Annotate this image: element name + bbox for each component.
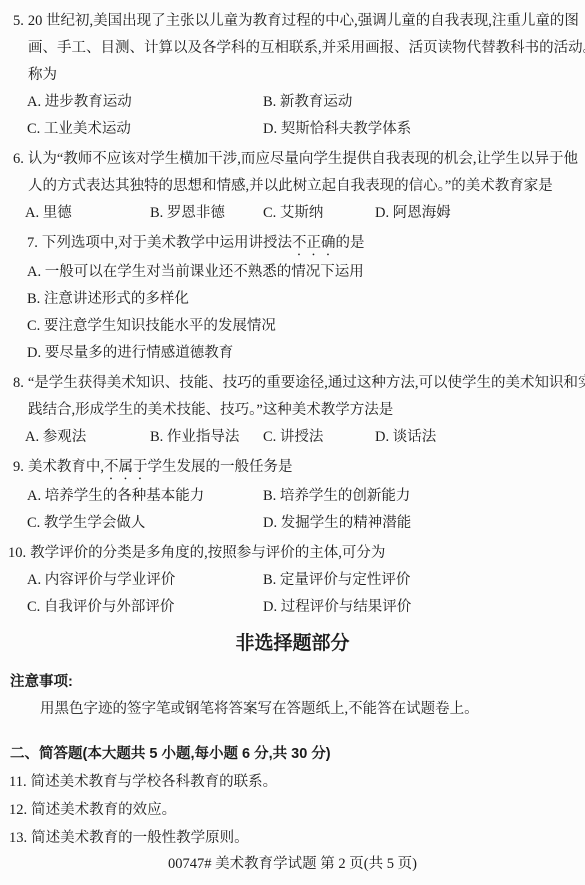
option-c: C. 工业美术运动	[27, 116, 263, 143]
page-footer: 00747# 美术教育学试题 第 2 页(共 5 页)	[0, 854, 585, 874]
question-10: 10.教学评价的分类是多角度的,按照参与评价的主体,可分为 A. 内容评价与学业…	[0, 540, 585, 621]
notice-text: 用黑色字迹的签字笔或钢笔将答案写在答题纸上,不能答在试题卷上。	[0, 696, 585, 723]
part2-heading: 二、简答题(本大题共 5 小题,每小题 6 分,共 30 分)	[0, 741, 585, 768]
option-b: B. 注意讲述形式的多样化	[0, 286, 585, 313]
question-5-stem-line-3: 称为	[0, 62, 585, 89]
question-10-options-row-1: A. 内容评价与学业评价 B. 定量评价与定性评价	[0, 567, 585, 594]
question-13: 13.简述美术教育的一般性教学原则。	[0, 824, 585, 852]
stem-text: 教学评价的分类是多角度的,按照参与评价的主体,可分为	[30, 545, 385, 561]
question-number: 5.	[13, 13, 28, 29]
question-text: 简述美术教育与学校各科教育的联系。	[31, 774, 278, 790]
option-b: B. 作业指导法	[150, 424, 263, 451]
question-5-options-row-1: A. 进步教育运动 B. 新教育运动	[0, 89, 585, 116]
question-7-stem: 7.下列选项中,对于美术教学中运用讲授法不正确的是	[0, 230, 585, 259]
question-text: 简述美术教育的效应。	[31, 802, 176, 818]
question-10-options-row-2: C. 自我评价与外部评价 D. 过程评价与结果评价	[0, 594, 585, 621]
question-number: 8.	[13, 375, 28, 391]
question-9-options-row-1: A. 培养学生的各种基本能力 B. 培养学生的创新能力	[0, 483, 585, 510]
option-c: C. 要注意学生知识技能水平的发展情况	[0, 313, 585, 340]
option-d: D. 发掘学生的精神潜能	[263, 510, 411, 537]
exam-paper-page: 5.20 世纪初,美国出现了主张以儿童为教育过程的中心,强调儿童的自我表现,注重…	[0, 0, 585, 885]
option-a: A. 一般可以在学生对当前课业还不熟悉的情况下运用	[0, 259, 585, 286]
option-b: B. 罗恩非德	[150, 200, 263, 227]
option-b: B. 新教育运动	[263, 89, 352, 116]
question-8: 8.“是学生获得美术知识、技能、技巧的重要途径,通过这种方法,可以使学生的美术知…	[0, 370, 585, 451]
option-c: C. 教学生学会做人	[27, 510, 263, 537]
question-number: 6.	[13, 151, 28, 167]
option-a: A. 培养学生的各种基本能力	[27, 483, 263, 510]
question-9: 9.美术教育中,不属于学生发展的一般任务是 A. 培养学生的各种基本能力 B. …	[0, 454, 585, 537]
question-number: 10.	[8, 545, 30, 561]
option-a: A. 参观法	[25, 424, 150, 451]
question-6-options-row: A. 里德 B. 罗恩非德 C. 艾斯纳 D. 阿恩海姆	[0, 200, 585, 227]
question-12: 12.简述美术教育的效应。	[0, 796, 585, 824]
question-number: 12.	[9, 802, 31, 818]
question-7: 7.下列选项中,对于美术教学中运用讲授法不正确的是 A. 一般可以在学生对当前课…	[0, 230, 585, 367]
stem-emphasized-text: 不正确	[292, 235, 336, 251]
question-8-stem-line-1: 8.“是学生获得美术知识、技能、技巧的重要途径,通过这种方法,可以使学生的美术知…	[0, 370, 585, 397]
option-c: C. 自我评价与外部评价	[27, 594, 263, 621]
question-5-options-row-2: C. 工业美术运动 D. 契斯恰科夫教学体系	[0, 116, 585, 143]
question-number: 13.	[9, 830, 31, 846]
option-a: A. 里德	[25, 200, 150, 227]
question-number: 7.	[27, 235, 42, 251]
question-number: 11.	[9, 774, 31, 790]
stem-text: 学生发展的一般任务是	[148, 459, 293, 475]
option-a: A. 进步教育运动	[27, 89, 263, 116]
option-c: C. 艾斯纳	[263, 200, 375, 227]
section-title-non-choice: 非选择题部分	[0, 629, 585, 659]
question-9-options-row-2: C. 教学生学会做人 D. 发掘学生的精神潜能	[0, 510, 585, 537]
option-d: D. 过程评价与结果评价	[263, 594, 411, 621]
stem-text: 下列选项中,对于美术教学中运用讲授法	[42, 235, 292, 251]
question-8-options-row: A. 参观法 B. 作业指导法 C. 讲授法 D. 谈话法	[0, 424, 585, 451]
stem-emphasized-text: 不属于	[104, 459, 148, 475]
option-b: B. 培养学生的创新能力	[263, 483, 410, 510]
option-d: D. 要尽量多的进行情感道德教育	[0, 340, 585, 367]
question-5: 5.20 世纪初,美国出现了主张以儿童为教育过程的中心,强调儿童的自我表现,注重…	[0, 8, 585, 143]
option-d: D. 谈话法	[375, 424, 436, 451]
question-11: 11.简述美术教育与学校各科教育的联系。	[0, 768, 585, 796]
question-5-stem-line-1: 5.20 世纪初,美国出现了主张以儿童为教育过程的中心,强调儿童的自我表现,注重…	[0, 8, 585, 35]
question-number: 9.	[13, 459, 28, 475]
option-c: C. 讲授法	[263, 424, 375, 451]
option-a: A. 内容评价与学业评价	[27, 567, 263, 594]
stem-text: 的是	[336, 235, 365, 251]
question-10-stem: 10.教学评价的分类是多角度的,按照参与评价的主体,可分为	[0, 540, 585, 567]
stem-text: 美术教育中,	[28, 459, 104, 475]
question-9-stem: 9.美术教育中,不属于学生发展的一般任务是	[0, 454, 585, 483]
stem-text: “是学生获得美术知识、技能、技巧的重要途径,通过这种方法,可以使学生的美术知识和…	[28, 375, 585, 391]
question-text: 简述美术教育的一般性教学原则。	[31, 830, 249, 846]
stem-text: 认为“教师不应该对学生横加干涉,而应尽量向学生提供自我表现的机会,让学生以异于他	[28, 151, 578, 167]
question-6-stem-line-2: 人的方式表达其独特的思想和情感,并以此树立起自我表现的信心。”的美术教育家是	[0, 173, 585, 200]
stem-text: 20 世纪初,美国出现了主张以儿童为教育过程的中心,强调儿童的自我表现,注重儿童…	[28, 13, 579, 29]
option-d: D. 阿恩海姆	[375, 200, 451, 227]
question-8-stem-line-2: 践结合,形成学生的美术技能、技巧。”这种美术教学方法是	[0, 397, 585, 424]
question-5-stem-line-2: 画、手工、目测、计算以及各学科的互相联系,并采用画报、活页读物代替教科书的活动。…	[0, 35, 585, 62]
option-b: B. 定量评价与定性评价	[263, 567, 410, 594]
notice-label: 注意事项:	[0, 669, 585, 696]
option-d: D. 契斯恰科夫教学体系	[263, 116, 411, 143]
question-6: 6.认为“教师不应该对学生横加干涉,而应尽量向学生提供自我表现的机会,让学生以异…	[0, 146, 585, 227]
question-6-stem-line-1: 6.认为“教师不应该对学生横加干涉,而应尽量向学生提供自我表现的机会,让学生以异…	[0, 146, 585, 173]
